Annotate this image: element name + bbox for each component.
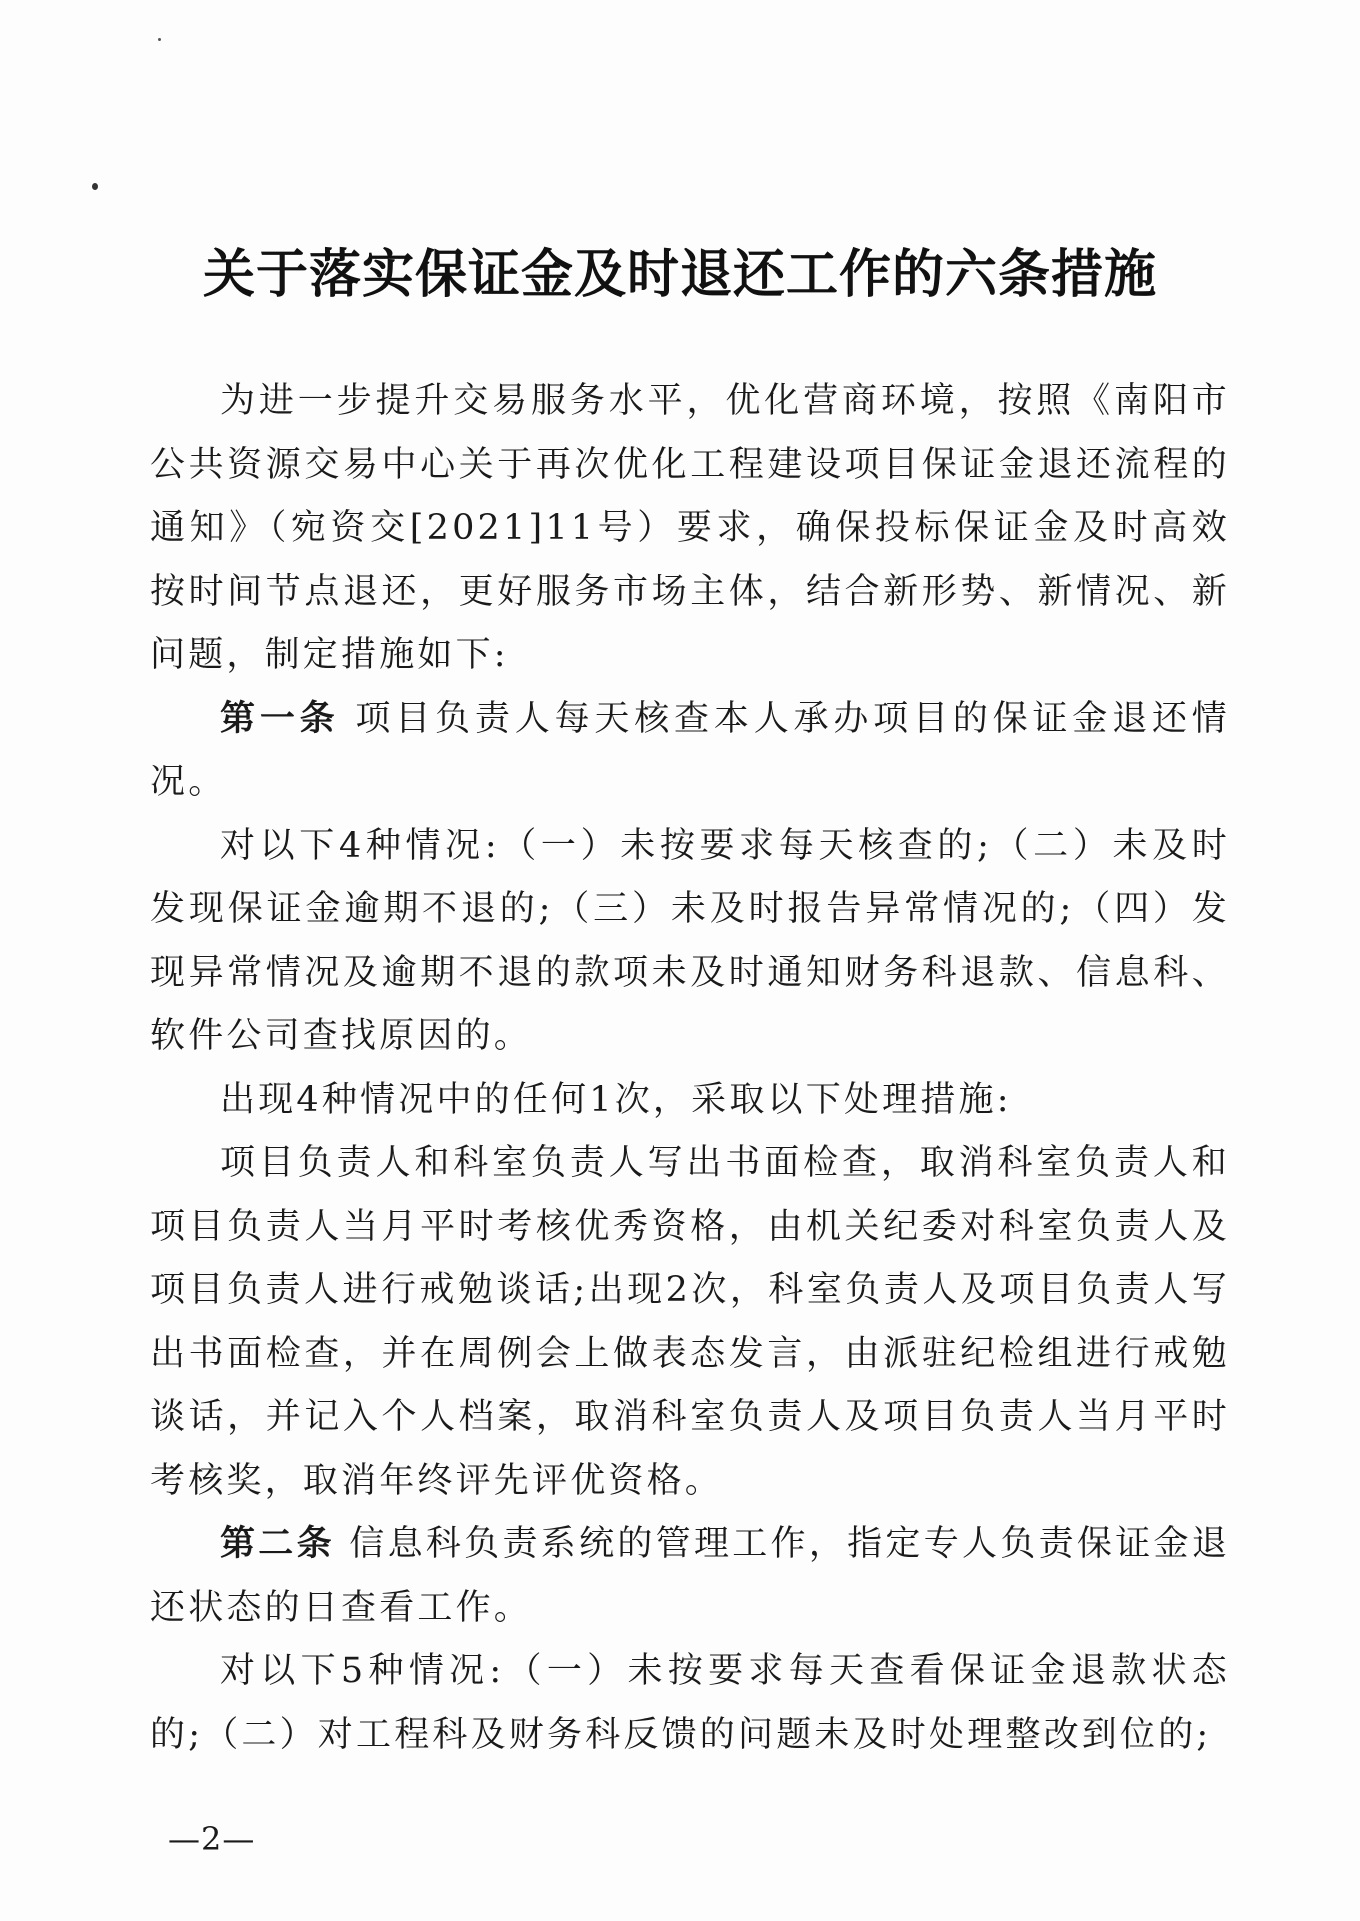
scan-speck (92, 183, 98, 190)
article-heading: 第一条 (220, 699, 339, 739)
paragraph-text: 对以下5种情况:（一）未按要求每天查看保证金退款状态的;（二）对工程科及财务科反… (150, 1651, 1230, 1755)
article-heading: 第二条 (220, 1524, 335, 1564)
paragraph-text: 对以下4种情况:（一）未按要求每天核查的;（二）未及时发现保证金逾期不退的;（三… (150, 826, 1230, 1057)
paragraph-article-1-cases: 对以下4种情况:（一）未按要求每天核查的;（二）未及时发现保证金逾期不退的;（三… (150, 815, 1230, 1069)
document-page: 关于落实保证金及时退还工作的六条措施 为进一步提升交易服务水平，优化营商环境，按… (0, 0, 1360, 1921)
document-title: 关于落实保证金及时退还工作的六条措施 (0, 232, 1360, 307)
paragraph-article-2-cases: 对以下5种情况:（一）未按要求每天查看保证金退款状态的;（二）对工程科及财务科反… (150, 1640, 1230, 1767)
paragraph-text: 为进一步提升交易服务水平，优化营商环境，按照《南阳市公共资源交易中心关于再次优化… (150, 381, 1230, 675)
paragraph-article-1-trigger: 出现4种情况中的任何1次，采取以下处理措施: (150, 1069, 1230, 1133)
scan-speck (158, 38, 161, 41)
page-number: —2— (168, 1820, 255, 1858)
paragraph-article-2: 第二条 信息科负责系统的管理工作，指定专人负责保证金退还状态的日查看工作。 (150, 1513, 1230, 1640)
paragraph-text: 出现4种情况中的任何1次，采取以下处理措施: (220, 1080, 1012, 1120)
document-body: 为进一步提升交易服务水平，优化营商环境，按照《南阳市公共资源交易中心关于再次优化… (150, 370, 1230, 1767)
paragraph-article-1-measures: 项目负责人和科室负责人写出书面检查，取消科室负责人和项目负责人当月平时考核优秀资… (150, 1132, 1230, 1513)
paragraph-intro: 为进一步提升交易服务水平，优化营商环境，按照《南阳市公共资源交易中心关于再次优化… (150, 370, 1230, 688)
paragraph-article-1: 第一条 项目负责人每天核查本人承办项目的保证金退还情况。 (150, 688, 1230, 815)
paragraph-text: 项目负责人和科室负责人写出书面检查，取消科室负责人和项目负责人当月平时考核优秀资… (150, 1143, 1230, 1501)
